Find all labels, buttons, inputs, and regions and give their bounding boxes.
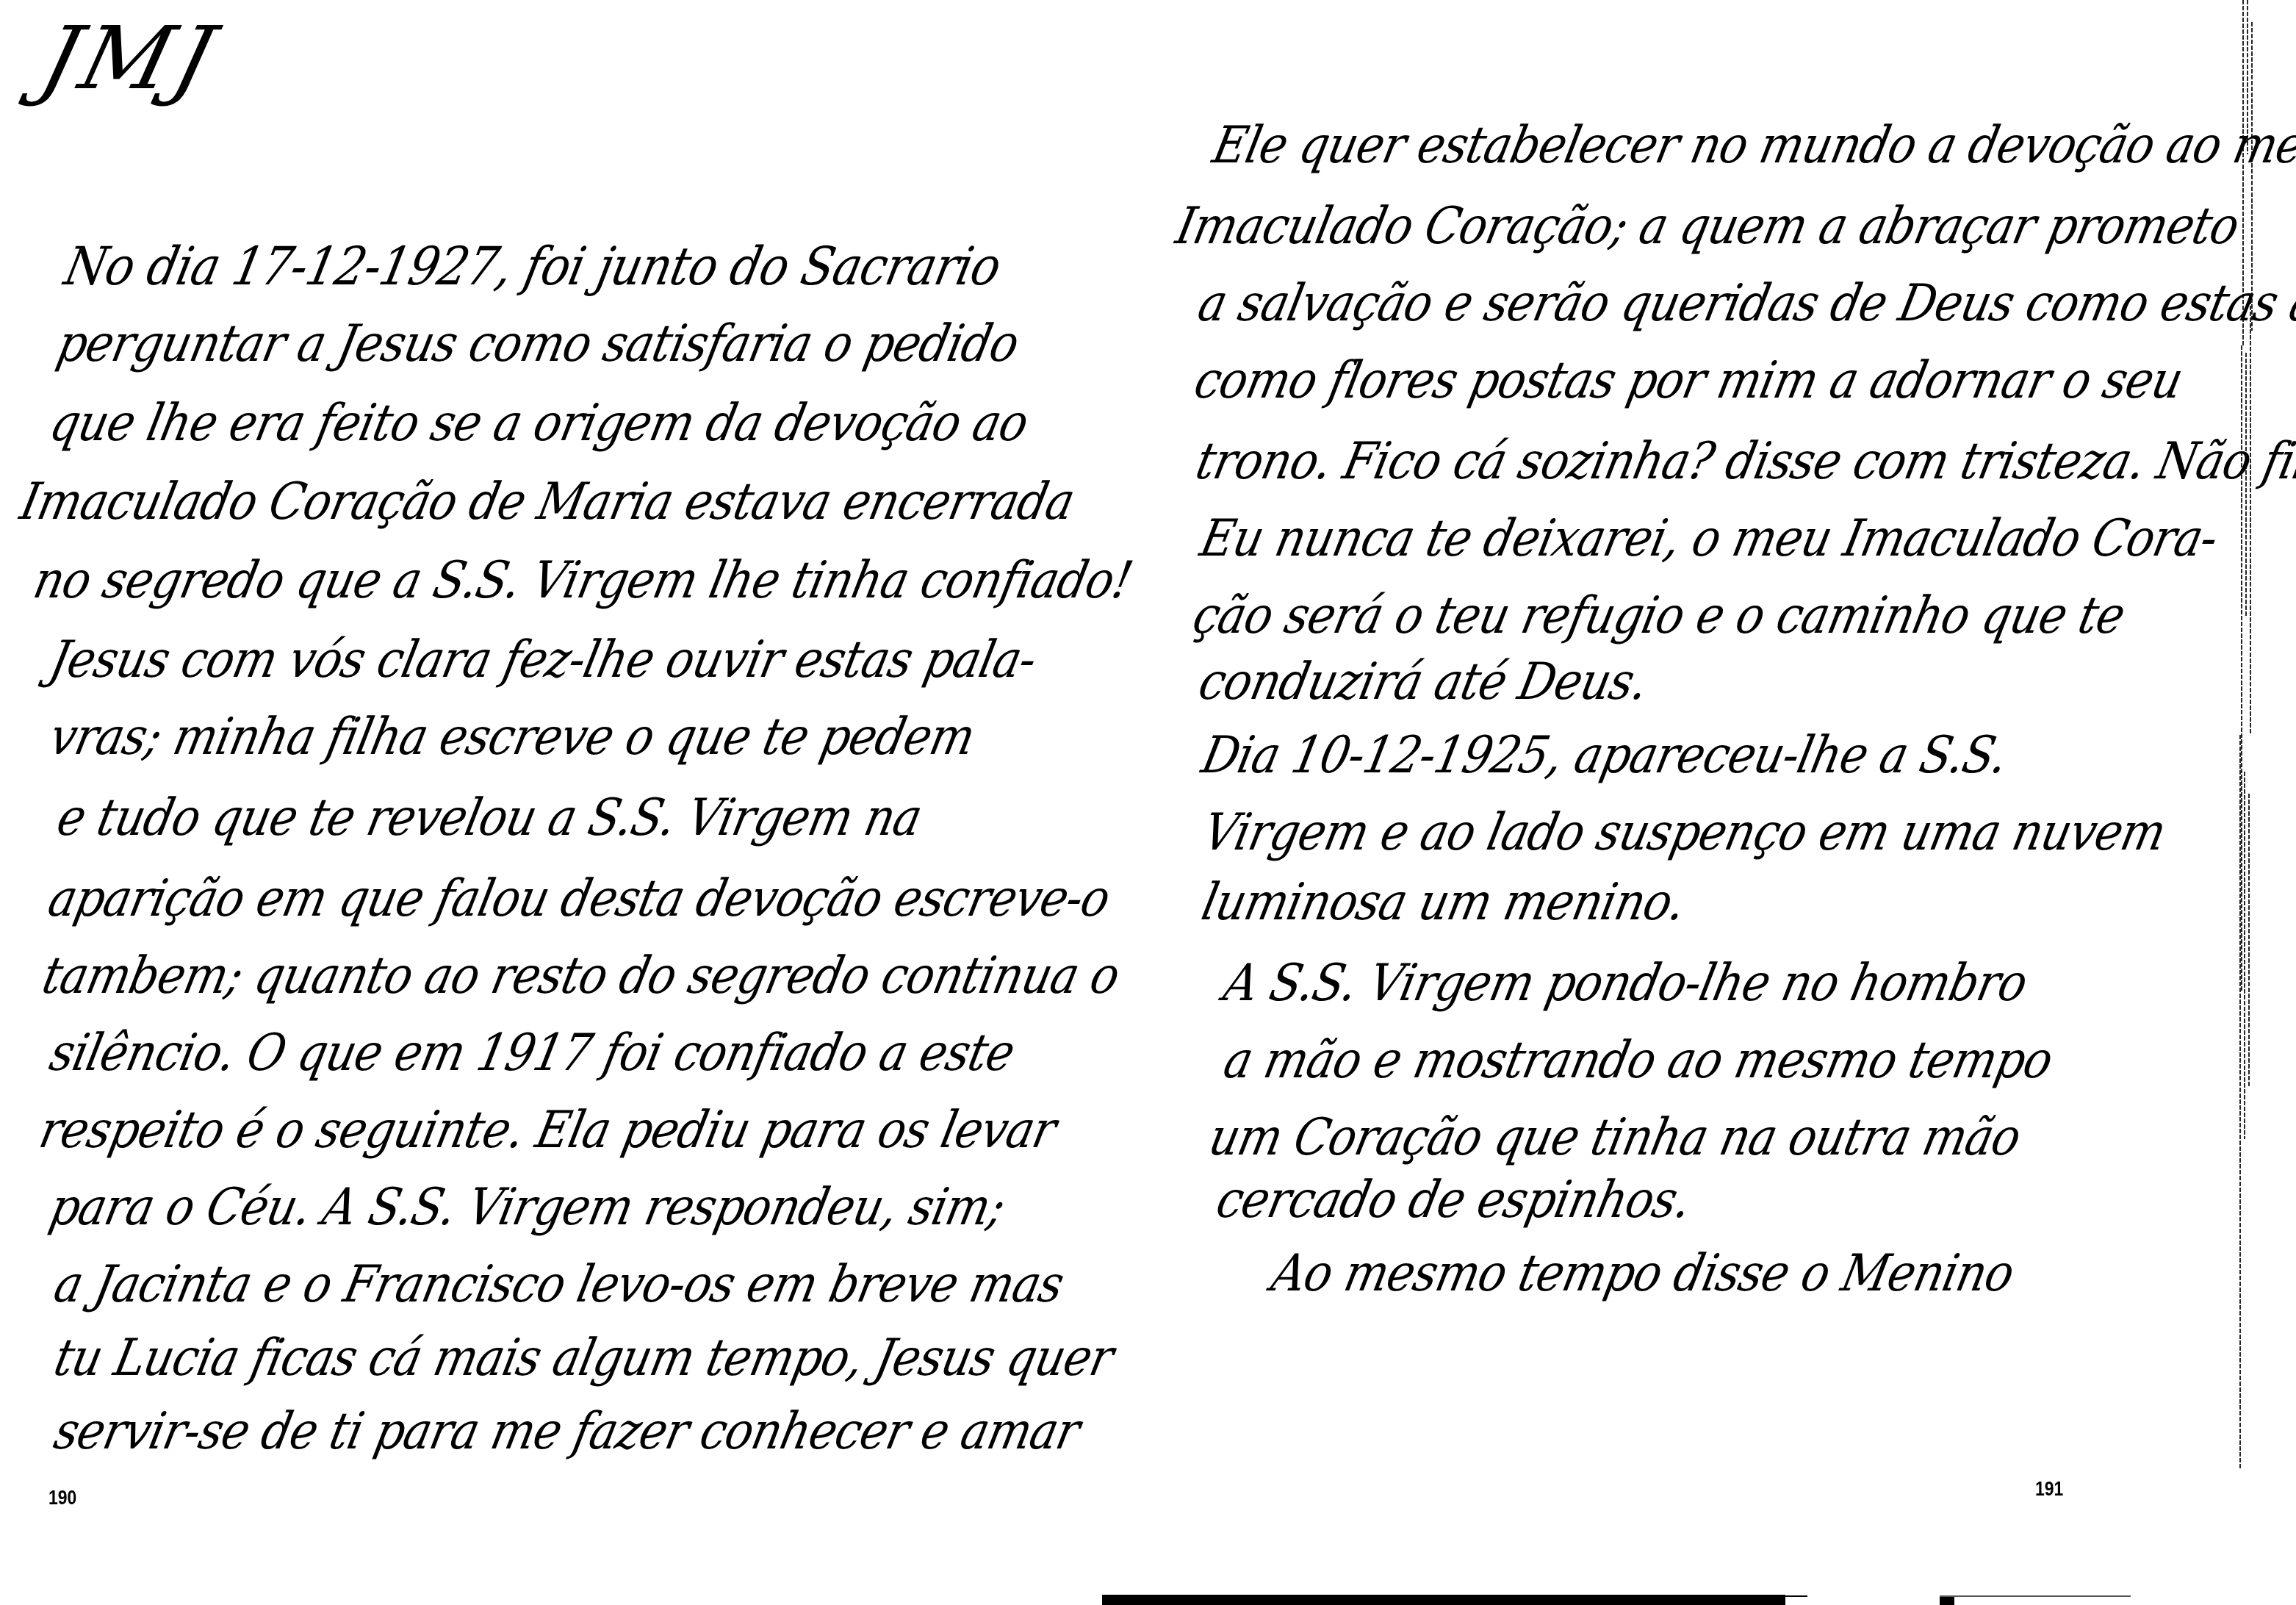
handwritten-line: tu Lucia ficas cá mais algum tempo, Jesu… bbox=[50, 1332, 1118, 1383]
handwritten-line: a salvação e serão queridas de Deus como… bbox=[1194, 278, 2296, 328]
handwritten-line: um Coração que tinha na outra mão bbox=[1205, 1112, 2025, 1163]
handwritten-line: vras; minha filha escreve o que te pedem bbox=[46, 711, 979, 762]
right-page: Ele quer estabelecer no mundo a devoção … bbox=[1102, 0, 2204, 1605]
handwritten-line: Ele quer estabelecer no mundo a devoção … bbox=[1209, 120, 2296, 170]
handwritten-line: Eu nunca te deixarei, o meu Imaculado Co… bbox=[1196, 513, 2222, 564]
handwritten-line: e tudo que te revelou a S.S. Virgem na bbox=[53, 792, 926, 843]
handwritten-line: Dia 10-12-1925, apareceu-lhe a S.S. bbox=[1198, 730, 2012, 780]
book-spread: JMJ No dia 17-12-1927, foi junto do Sacr… bbox=[0, 0, 2296, 1605]
handwritten-line: a mão e mostrando ao mesmo tempo bbox=[1220, 1035, 2056, 1085]
scan-edge-artifact bbox=[2234, 0, 2278, 1605]
book-edge-shadow bbox=[1940, 1595, 2131, 1597]
handwritten-line: No dia 17-12-1927, foi junto do Sacrario bbox=[60, 240, 1005, 293]
left-page: JMJ No dia 17-12-1927, foi junto do Sacr… bbox=[0, 0, 1102, 1605]
handwritten-line: Imaculado Coração de Maria estava encerr… bbox=[16, 476, 1079, 527]
book-edge-shadow bbox=[1785, 1595, 1807, 1597]
handwritten-line: silêncio. O que em 1917 foi confiado a e… bbox=[46, 1027, 1018, 1078]
page-number-left: 190 bbox=[48, 1486, 76, 1509]
handwritten-line: Imaculado Coração; a quem a abraçar prom… bbox=[1172, 201, 2243, 251]
handwritten-line: servir-se de ti para me fazer conhecer e… bbox=[50, 1406, 1084, 1457]
handwritten-line: a Jacinta e o Francisco levo-os em breve… bbox=[50, 1259, 1068, 1310]
handwritten-line: Jesus com vós clara fez-lhe ouvir estas … bbox=[46, 634, 1040, 685]
book-edge-shadow bbox=[1940, 1596, 1954, 1605]
handwritten-line: aparição em que falou desta devoção escr… bbox=[44, 873, 1114, 924]
handwritten-line: que lhe era feito se a origem da devoção… bbox=[46, 398, 1032, 448]
handwritten-line: A S.S. Virgem pondo-lhe no hombro bbox=[1220, 958, 2032, 1008]
header-monogram: JMJ bbox=[33, 15, 226, 101]
handwritten-line: tambem; quanto ao resto do segredo conti… bbox=[38, 950, 1123, 1001]
handwritten-line: cercado de espinhos. bbox=[1212, 1174, 1695, 1225]
book-edge-shadow bbox=[1102, 1595, 1785, 1605]
handwritten-line: Ao mesmo tempo disse o Menino bbox=[1267, 1248, 2018, 1299]
handwritten-line: para o Céu. A S.S. Virgem respondeu, sim… bbox=[46, 1182, 1010, 1232]
handwritten-line: conduzirá até Deus. bbox=[1195, 656, 1652, 707]
handwritten-line: como flores postas por mim a adornar o s… bbox=[1190, 355, 2187, 406]
handwritten-line: trono. Fico cá sozinha? disse com triste… bbox=[1192, 436, 2296, 486]
handwritten-line: respeito é o seguinte. Ela pediu para os… bbox=[35, 1105, 1060, 1155]
page-number-right: 191 bbox=[2035, 1477, 2063, 1501]
handwritten-line: no segredo que a S.S. Virgem lhe tinha c… bbox=[29, 555, 1136, 606]
handwritten-line: Virgem e ao lado suspenço em uma nuvem bbox=[1199, 807, 2170, 858]
handwritten-line: perguntar a Jesus como satisfaria o pedi… bbox=[53, 318, 1023, 369]
handwritten-line: luminosa um menino. bbox=[1198, 877, 1689, 927]
handwritten-line: ção será o teu refugio e o caminho que t… bbox=[1189, 590, 2129, 641]
